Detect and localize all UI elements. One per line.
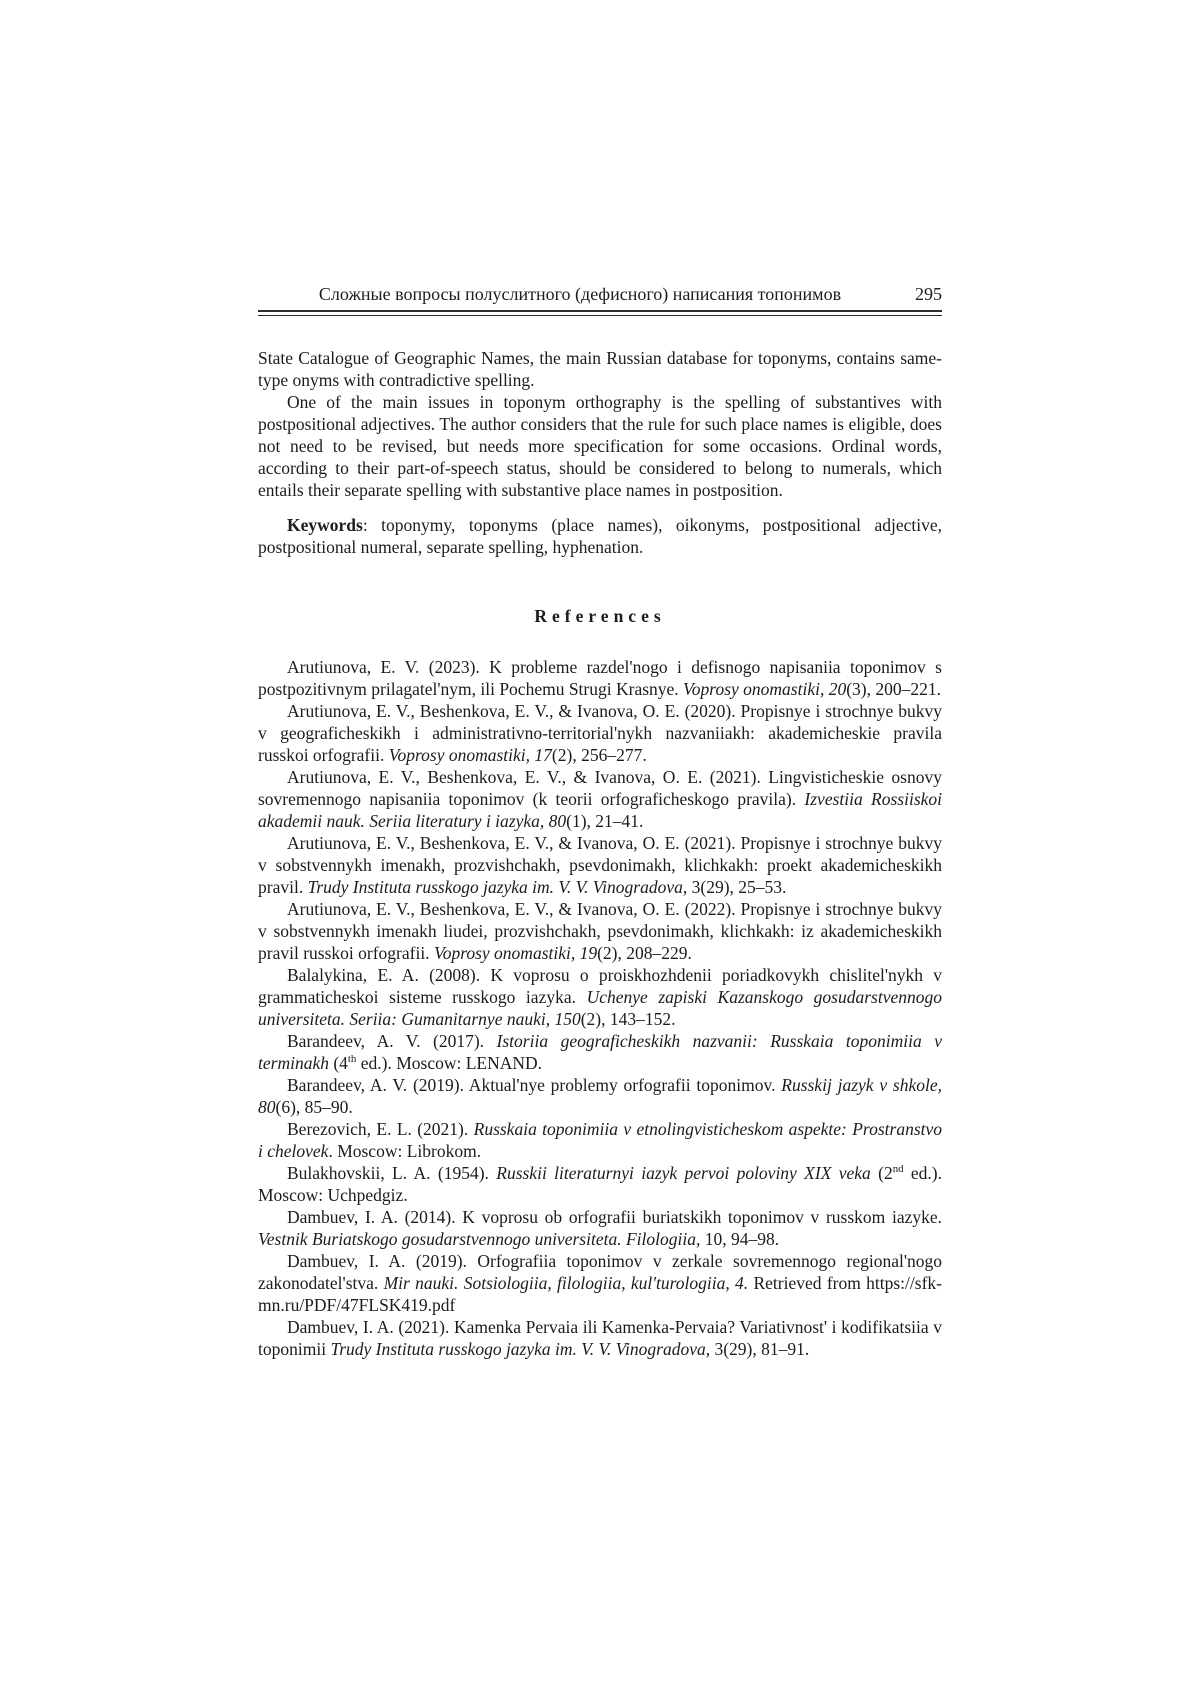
reference-segment-plain: (2 <box>871 1163 893 1183</box>
reference-item: Arutiunova, E. V., Beshenkova, E. V., & … <box>258 700 942 766</box>
reference-item: Arutiunova, E. V., Beshenkova, E. V., & … <box>258 898 942 964</box>
references-list: Arutiunova, E. V. (2023). K probleme raz… <box>258 656 942 1360</box>
reference-segment-italic: Russkii literaturnyi iazyk pervoi polovi… <box>496 1163 871 1183</box>
reference-segment-plain: (6), 85–90. <box>276 1097 353 1117</box>
reference-segment-italic: Mir nauki. Sotsiologiia, filologiia, kul… <box>384 1273 749 1293</box>
keywords-label: Keywords <box>287 515 363 535</box>
reference-segment-plain: (2), 143–152. <box>581 1009 676 1029</box>
reference-segment-italic: Vestnik Buriatskogo gosudarstvennogo uni… <box>258 1229 696 1249</box>
reference-segment-plain: ed.). Moscow: LENAND. <box>356 1053 542 1073</box>
reference-segment-plain: , 3(29), 25–53. <box>683 877 787 897</box>
reference-item: Balalykina, E. A. (2008). K voprosu o pr… <box>258 964 942 1030</box>
reference-segment-italic: Voprosy onomastiki, 20 <box>683 679 846 699</box>
reference-segment-plain: Berezovich, E. L. (2021). <box>287 1119 474 1139</box>
keywords-paragraph: Keywords: toponymy, toponyms (place name… <box>258 514 942 558</box>
reference-segment-plain: (2), 208–229. <box>597 943 692 963</box>
page-number: 295 <box>902 283 942 305</box>
reference-segment-plain: Dambuev, I. A. (2014). K voprosu ob orfo… <box>287 1207 942 1227</box>
running-title: Сложные вопросы полуслитного (дефисного)… <box>258 283 902 305</box>
abstract-paragraph-continuation: State Catalogue of Geographic Names, the… <box>258 347 942 391</box>
reference-segment-plain: Barandeev, A. V. (2019). Aktual'nye prob… <box>287 1075 781 1095</box>
document-page: Сложные вопросы полуслитного (дефисного)… <box>0 0 1200 1697</box>
reference-segment-plain: (2), 256–277. <box>552 745 647 765</box>
reference-segment-plain: (4 <box>329 1053 348 1073</box>
reference-item: Dambuev, I. A. (2019). Orfografiia topon… <box>258 1250 942 1316</box>
reference-item: Bulakhovskii, L. A. (1954). Russkii lite… <box>258 1162 942 1206</box>
header-rule <box>258 310 942 316</box>
reference-segment-plain: Bulakhovskii, L. A. (1954). <box>287 1163 496 1183</box>
reference-item: Barandeev, A. V. (2019). Aktual'nye prob… <box>258 1074 942 1118</box>
reference-item: Dambuev, I. A. (2014). K voprosu ob orfo… <box>258 1206 942 1250</box>
reference-segment-sup: nd <box>893 1163 904 1175</box>
reference-segment-italic: Voprosy onomastiki, 17 <box>389 745 552 765</box>
reference-segment-italic: Trudy Instituta russkogo jazyka im. V. V… <box>308 877 683 897</box>
reference-item: Arutiunova, E. V., Beshenkova, E. V., & … <box>258 832 942 898</box>
references-heading: References <box>258 605 942 627</box>
reference-segment-italic: Voprosy onomastiki, 19 <box>434 943 597 963</box>
reference-segment-italic: Trudy Instituta russkogo jazyka im. V. V… <box>330 1339 705 1359</box>
abstract-paragraph: One of the main issues in toponym orthog… <box>258 391 942 501</box>
reference-segment-plain: (1), 21–41. <box>566 811 643 831</box>
reference-item: Barandeev, A. V. (2017). Istoriia geogra… <box>258 1030 942 1074</box>
abstract-section: State Catalogue of Geographic Names, the… <box>258 347 942 558</box>
reference-segment-plain: (3), 200–221. <box>846 679 941 699</box>
text-column: Сложные вопросы полуслитного (дефисного)… <box>258 283 942 1360</box>
reference-item: Arutiunova, E. V., Beshenkova, E. V., & … <box>258 766 942 832</box>
reference-item: Arutiunova, E. V. (2023). K probleme raz… <box>258 656 942 700</box>
reference-item: Dambuev, I. A. (2021). Kamenka Pervaia i… <box>258 1316 942 1360</box>
reference-segment-plain: Barandeev, A. V. (2017). <box>287 1031 497 1051</box>
reference-segment-plain: . Moscow: Librokom. <box>328 1141 481 1161</box>
reference-segment-plain: , 3(29), 81–91. <box>706 1339 810 1359</box>
reference-item: Berezovich, E. L. (2021). Russkaia topon… <box>258 1118 942 1162</box>
reference-segment-plain: , 10, 94–98. <box>696 1229 779 1249</box>
running-header: Сложные вопросы полуслитного (дефисного)… <box>258 283 942 305</box>
